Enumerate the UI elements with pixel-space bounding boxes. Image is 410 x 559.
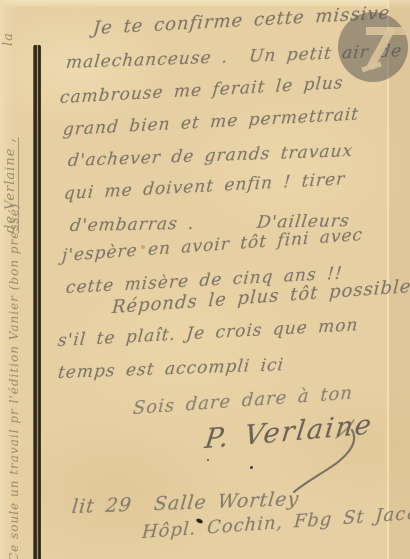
- paper-stain-fleck: [141, 245, 145, 249]
- letter-line-3: cambrouse me ferait le plus: [59, 73, 344, 108]
- letter-line-4: grand bien et me permettrait: [62, 104, 360, 140]
- ink-fleck: [250, 466, 253, 469]
- letter-line-12: temps est accompli ici: [57, 355, 285, 383]
- margin-note-text: Ce soule un travail pr l'édition Vanier …: [7, 203, 21, 559]
- letter-page: la de Verlaine , Ce soule un travail pr …: [0, 0, 410, 559]
- letter-line-6: qui me doivent enfin ! tirer: [63, 169, 346, 204]
- auction-watermark-logo: [336, 10, 410, 84]
- letter-line-5: d'achever de grands travaux: [67, 141, 354, 171]
- letter-line-11: s'il te plaît. Je crois que mon: [57, 315, 359, 351]
- vertical-black-rule: [33, 45, 41, 559]
- verlaine-signature: P. Verlaine: [203, 409, 375, 455]
- ink-fleck: [207, 459, 209, 461]
- margin-note-fragment: la: [1, 32, 16, 46]
